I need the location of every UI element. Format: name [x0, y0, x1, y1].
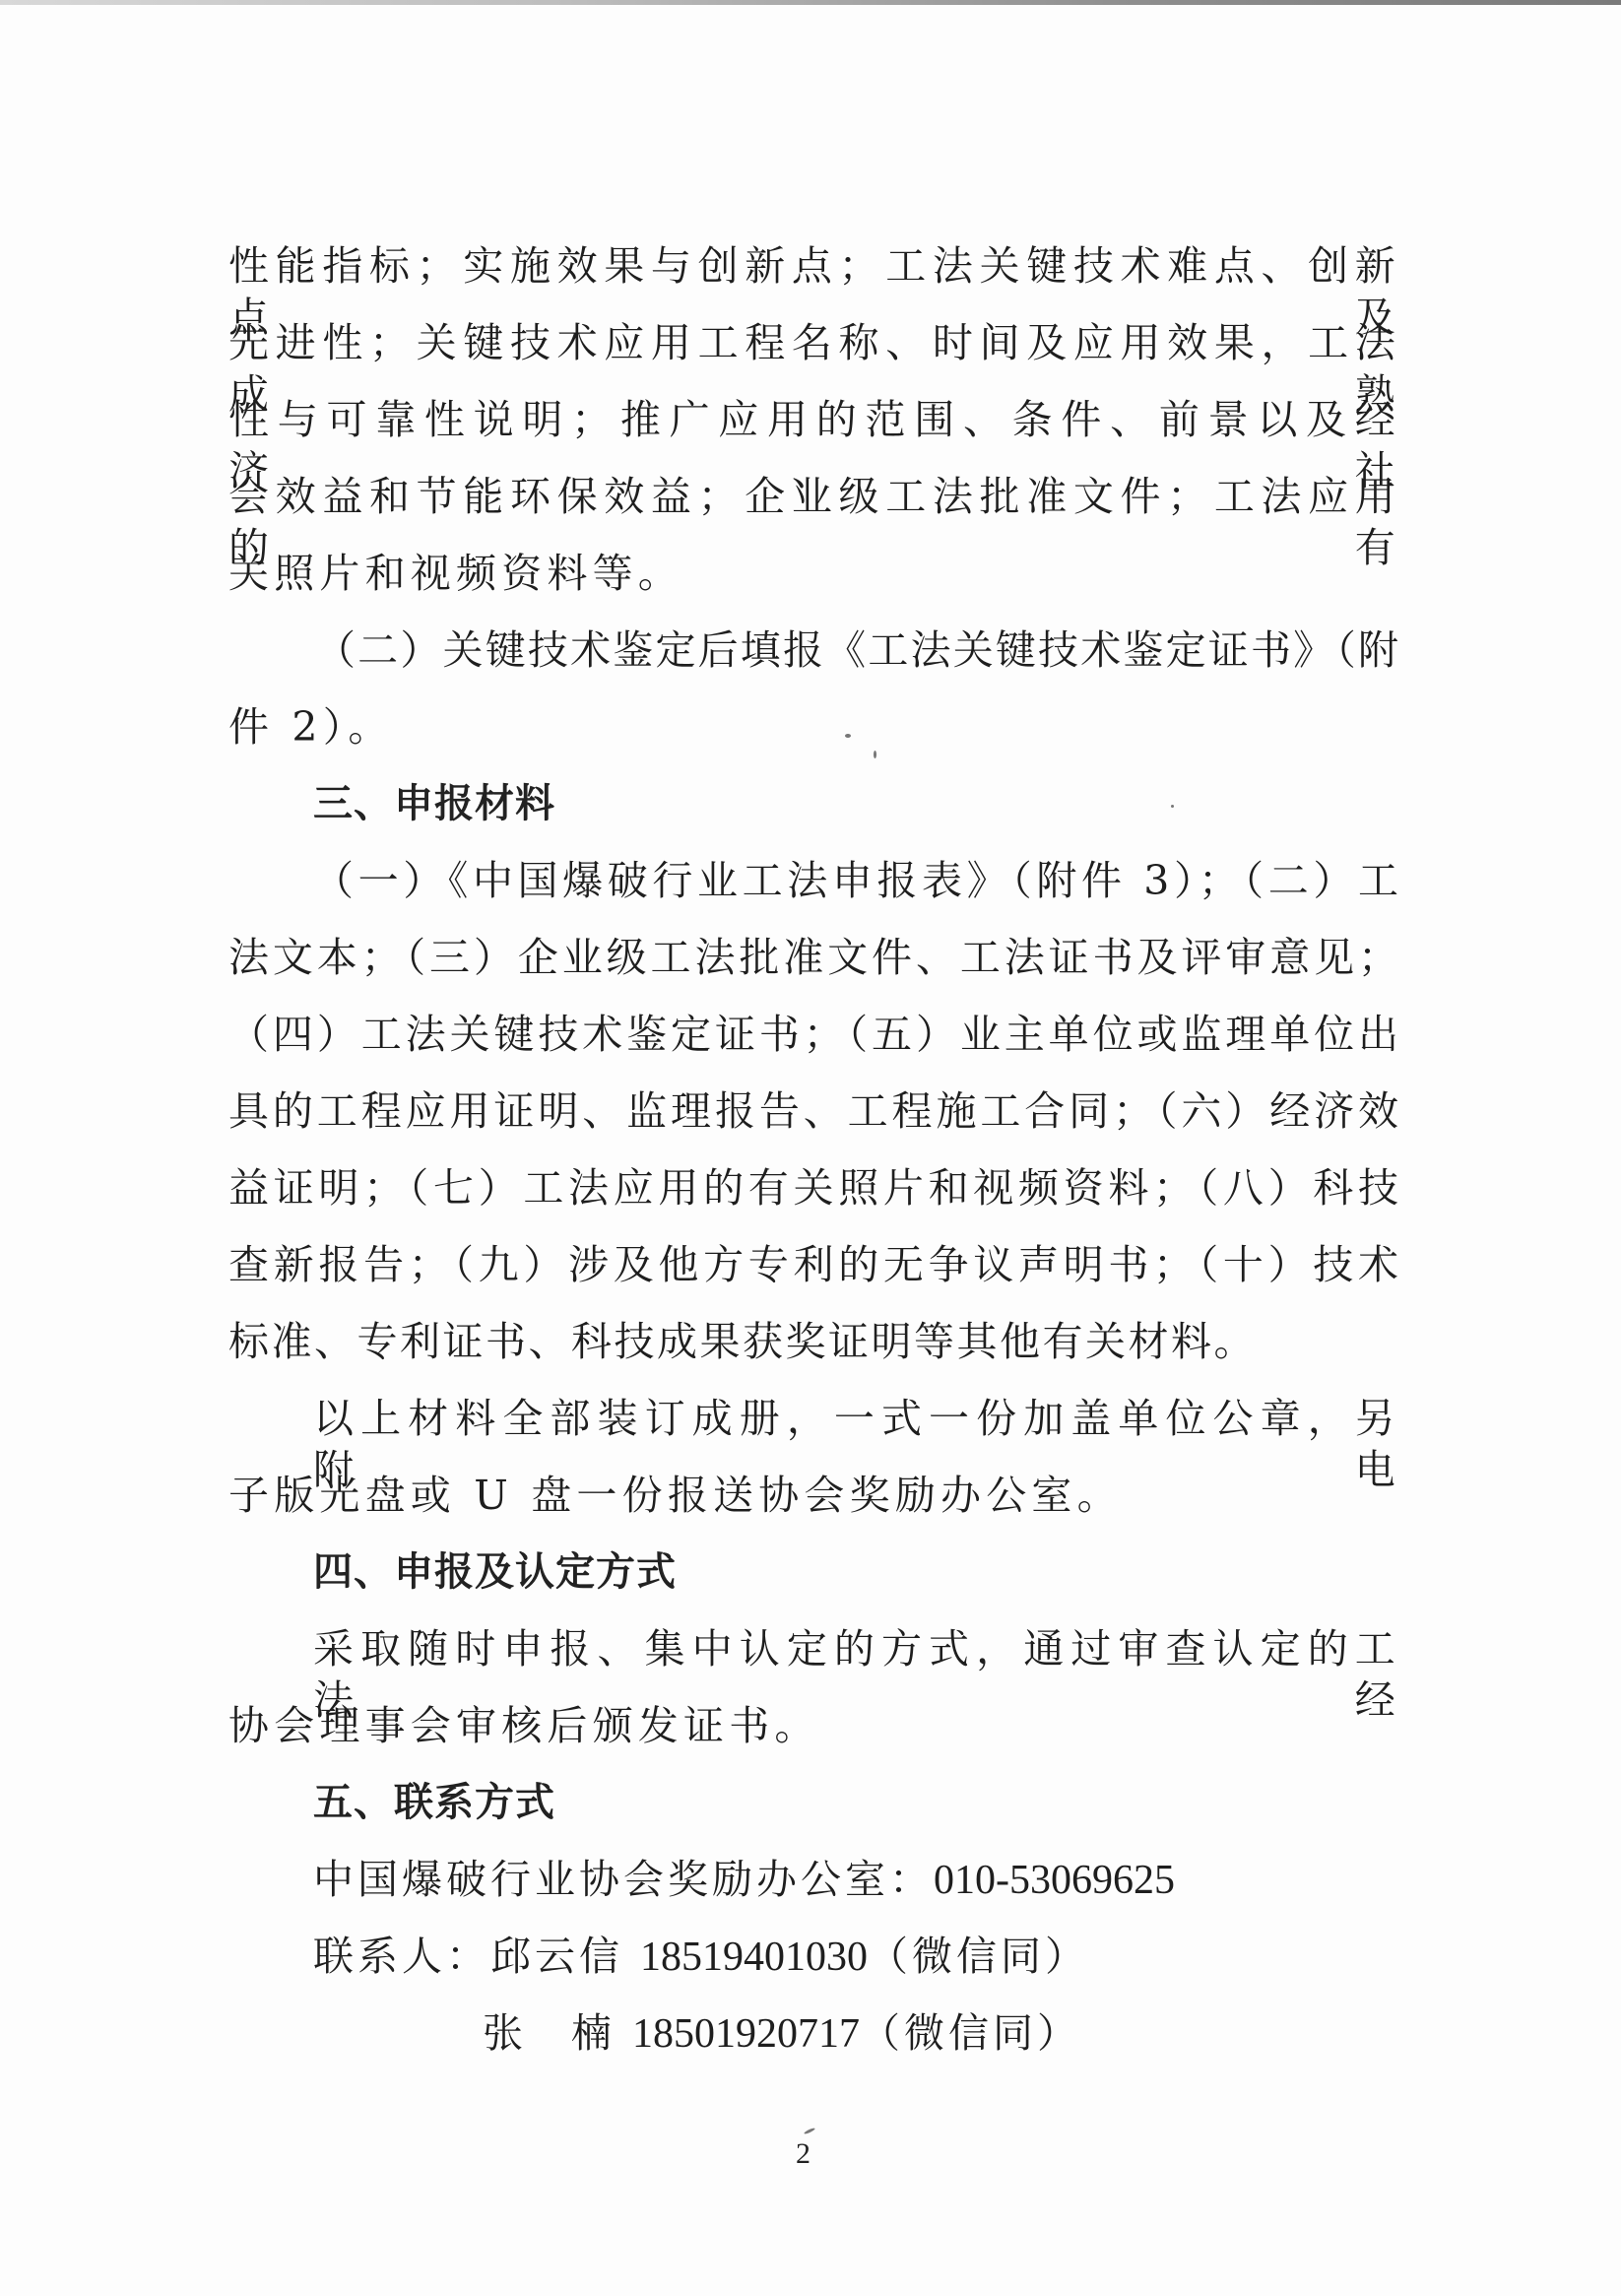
- section-heading-method: 四、申报及认定方式: [313, 1546, 677, 1598]
- contact-phone: 18501920717: [632, 2011, 860, 2057]
- list-line: 法文本；（三）企业级工法批准文件、工法证书及评审意见；: [228, 932, 1400, 983]
- contact-note: （微信同）: [868, 1933, 1089, 1980]
- list-line: 查新报告；（九）涉及他方专利的无争议声明书；（十）技术: [228, 1239, 1400, 1290]
- contact-note: （微信同）: [860, 2009, 1081, 2057]
- paragraph-line: 关照片和视频资料等。: [228, 548, 1400, 599]
- list-line: （一）《中国爆破行业工法申报表》（附件 3）；（二）工: [313, 855, 1400, 906]
- contact-person-1: 联系人：邱云信 18519401030（微信同）: [313, 1931, 1089, 1983]
- office-contact: 中国爆破行业协会奖励办公室：010-53069625: [313, 1854, 1175, 1906]
- paragraph-line: （二）关键技术鉴定后填报《工法关键技术鉴定证书》（附: [315, 624, 1400, 676]
- scan-speck: [1171, 805, 1174, 808]
- section-heading-materials: 三、申报材料: [313, 778, 555, 829]
- contact-phone: 18519401030: [640, 1935, 868, 1980]
- document-page: 性能指标；实施效果与创新点；工法关键技术难点、创新点及 先进性；关键技术应用工程…: [0, 0, 1621, 2296]
- section-heading-contact: 五、联系方式: [313, 1777, 555, 1828]
- contact-name: 张 楠: [483, 2009, 616, 2057]
- scan-speck: [874, 751, 876, 758]
- contact-person-2: 张 楠 18501920717（微信同）: [483, 2007, 1081, 2060]
- list-line: （四）工法关键技术鉴定证书；（五）业主单位或监理单位出: [228, 1009, 1400, 1060]
- scan-speck: [845, 734, 851, 738]
- contact-name: 邱云信: [490, 1933, 623, 1980]
- list-line: 具的工程应用证明、监理报告、工程施工合同；（六）经济效: [228, 1085, 1400, 1137]
- office-label: 中国爆破行业协会奖励办公室：: [313, 1856, 934, 1903]
- office-phone: 010-53069625: [934, 1858, 1175, 1903]
- scan-speck: [804, 2128, 815, 2135]
- page-number: 2: [796, 2137, 810, 2171]
- paragraph-line: 子版光盘或 U 盘一份报送协会奖励办公室。: [228, 1470, 1400, 1521]
- paragraph-line: 协会理事会审核后颁发证书。: [228, 1700, 1400, 1751]
- list-line: 标准、专利证书、科技成果获奖证明等其他有关材料。: [228, 1316, 1400, 1367]
- contact-label: 联系人：: [313, 1933, 490, 1980]
- paragraph-line: 件 2）。: [228, 701, 1400, 753]
- list-line: 益证明；（七）工法应用的有关照片和视频资料；（八）科技: [228, 1162, 1400, 1214]
